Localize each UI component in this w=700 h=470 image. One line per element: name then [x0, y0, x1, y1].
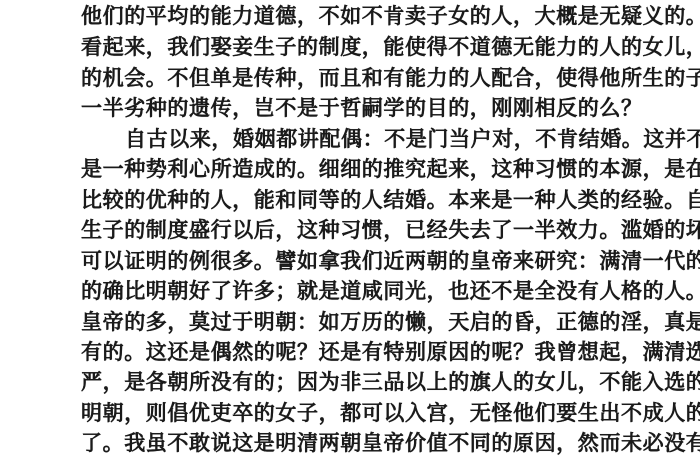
text-line: 一半劣种的遗传，岂不是于哲嗣学的目的，刚刚相反的么？ — [81, 92, 643, 123]
text-line: 他们的平均的能力道德，不如不肯卖子女的人，大概是无疑义的。由这样 — [81, 0, 700, 31]
text-line: 明朝，则倡优吏卒的女子，都可以入宫，无怪他们要生出不成人的皇帝来 — [81, 397, 700, 428]
text-line: 比较的优种的人，能和同等的人结婚。本来是一种人类的经验。自从娶妾 — [81, 184, 700, 215]
text-line: 可以证明的例很多。譬如拿我们近两朝的皇帝来研究：满清一代的皇帝， — [81, 245, 700, 276]
text-line: 有的。这还是偶然的呢？还是有特别原因的呢？我曾想起，满清选嫔妃的 — [81, 336, 700, 367]
text-line: 了。我虽不敢说这是明清两朝皇帝价值不同的原因，然而未必没有关系， — [81, 427, 700, 458]
text-line: 皇帝的多，莫过于明朝：如万历的懒，天启的昏，正德的淫，真是绝无仅 — [81, 306, 700, 337]
text-line: 严，是各朝所没有的；因为非三品以上的旗人的女儿，不能入选的。至于 — [81, 366, 700, 397]
text-line: 是一种势利心所造成的。细细的推究起来，这种习惯的本源，是在要使得 — [81, 153, 700, 184]
text-line: 的机会。不但单是传种，而且和有能力的人配合，使得他所生的子女，受 — [81, 62, 700, 93]
paragraph-start-line: 自古以来，婚姻都讲配偶：不是门当户对，不肯结婚。这并不一定全 — [125, 123, 700, 154]
text-line: 看起来，我们娶妾生子的制度，能使得不道德无能力的人的女儿，有传种 — [81, 31, 700, 62]
text-line: 的确比明朝好了许多；就是道咸同光，也还不是全没有人格的人。至于坏 — [81, 275, 700, 306]
text-line: 生子的制度盛行以后，这种习惯，已经失去了一半效力。滥婚的坏结果， — [81, 214, 700, 245]
